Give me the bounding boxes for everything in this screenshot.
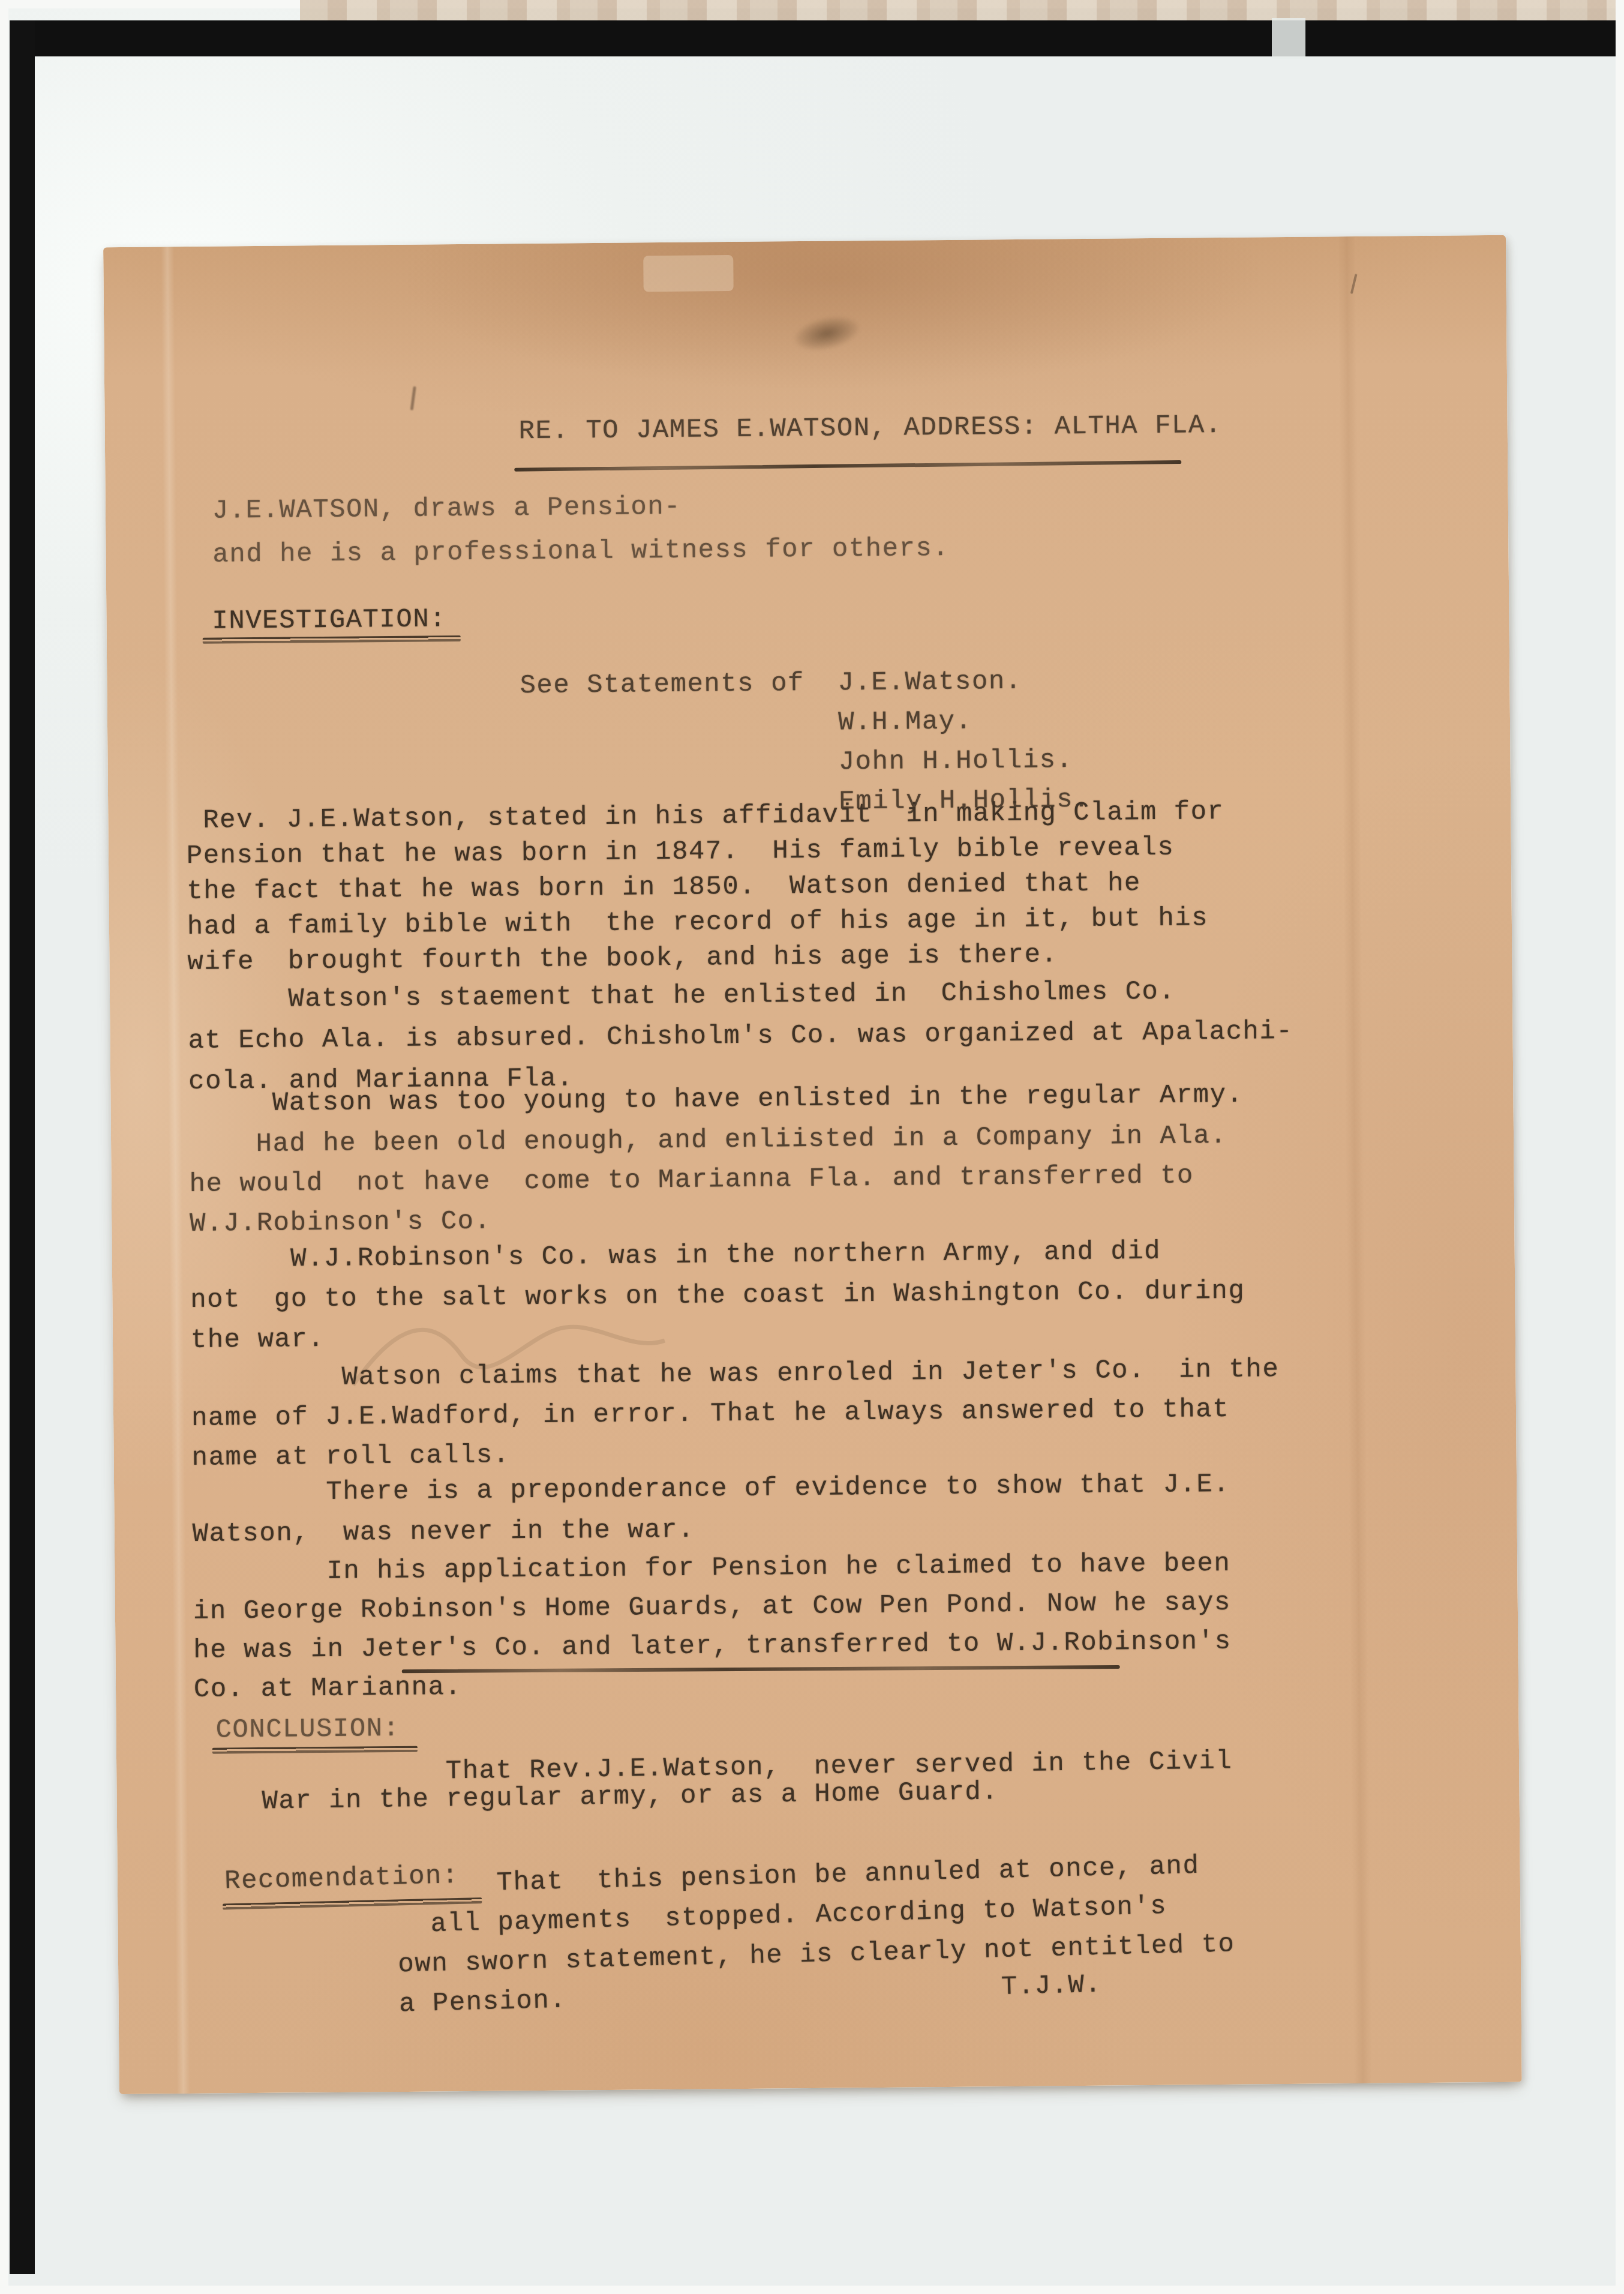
typed-text-layer: RE. TO JAMES E.WATSON, ADDRESS: ALTHA FL… bbox=[103, 235, 1522, 2094]
recommendation-paragraph: That this pension be annuled at once, an… bbox=[195, 1845, 1236, 2029]
scan-frame-top-bar bbox=[13, 20, 1616, 56]
recommendation-section: Recomendation: That this pension be annu… bbox=[77, 215, 1525, 2096]
signature-initials: T.J.W. bbox=[1001, 1970, 1102, 2002]
scan-frame-gap bbox=[1272, 18, 1305, 59]
scanned-document-page: RE. TO JAMES E.WATSON, ADDRESS: ALTHA FL… bbox=[0, 0, 1624, 2294]
scanner-lid-strip bbox=[300, 0, 1616, 20]
scan-frame-left-bar bbox=[10, 20, 35, 2274]
paper: RE. TO JAMES E.WATSON, ADDRESS: ALTHA FL… bbox=[103, 235, 1522, 2094]
